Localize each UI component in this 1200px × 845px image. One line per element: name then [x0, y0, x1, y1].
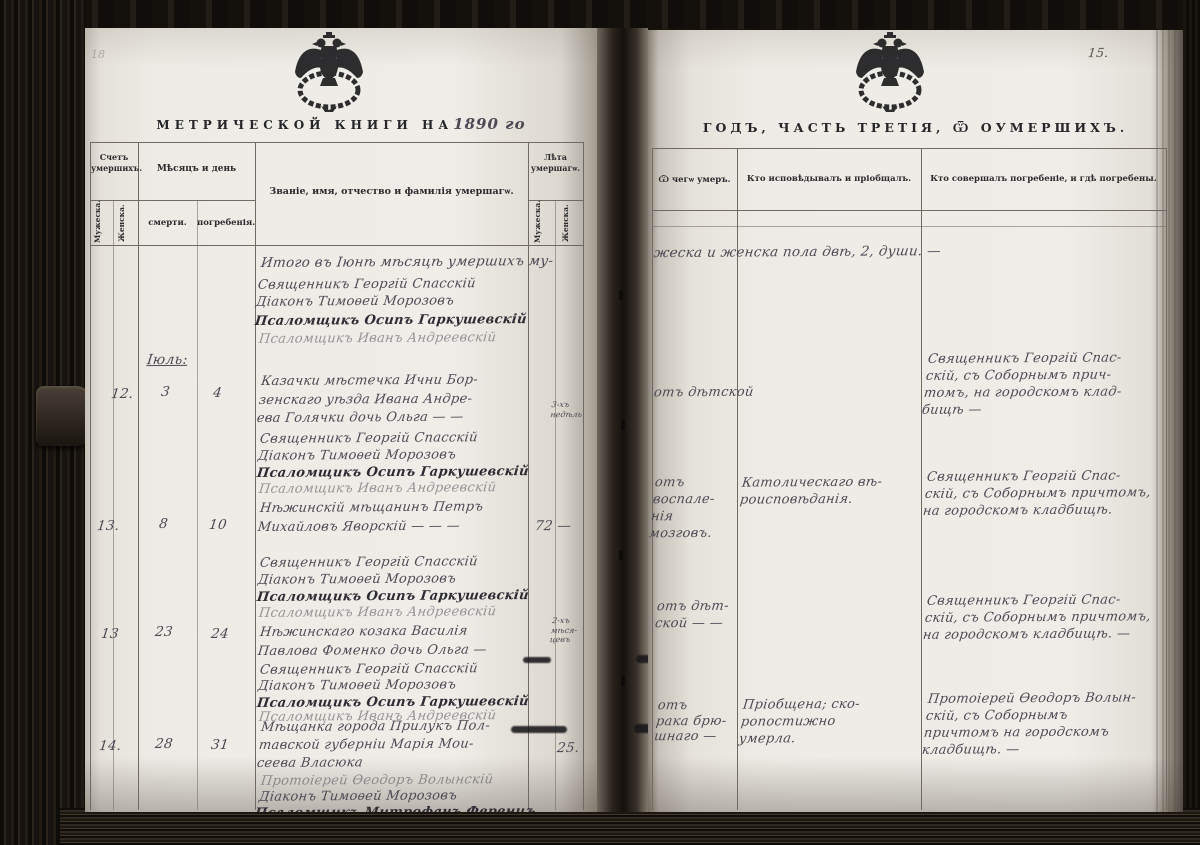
column-header-burial-day: погребенія. — [197, 218, 255, 228]
table-rule — [652, 148, 1166, 149]
column-header-age-male: Мужеска. — [533, 203, 542, 243]
ink-smear — [523, 657, 551, 663]
left-page-title: МЕТРИЧЕСКОЙ КНИГИ НА1890 го — [85, 116, 597, 133]
table-rule — [583, 142, 584, 810]
column-header-count-female: Женска. — [117, 203, 126, 243]
table-rule — [652, 226, 1166, 227]
june-summary-continuation: жеска и женска пола двѣ, 2, души. — — [653, 243, 975, 262]
entry-age-male: 72 — — [534, 518, 572, 535]
entry-number: 12. — [110, 386, 134, 403]
table-rule — [113, 200, 114, 810]
binding-stitch — [621, 676, 625, 686]
clergy-signature-psalmist2: Псаломщикъ Иванъ Андреевскій — [258, 329, 497, 348]
entry-death-day: 28 — [154, 736, 174, 753]
clergy-signature-psalmist2: Псаломщикъ Иванъ Андреевскій — [258, 603, 497, 622]
book-gutter — [597, 28, 648, 812]
book-page-stack-edge — [60, 808, 1200, 845]
imperial-eagle-stamp-icon — [293, 30, 365, 114]
imperial-eagle-stamp-icon — [854, 30, 926, 114]
table-rule — [90, 142, 583, 143]
right-page-title: ГОДЪ, ЧАСТЬ ТРЕТІЯ, Ѿ ОУМЕРШИХЪ. — [648, 120, 1183, 136]
june-summary-line: Итого въ Іюнѣ мѣсяцѣ умершихъ му- — [260, 253, 554, 272]
column-header-burial-officiant: Кто совершалъ погребеніе, и гдѣ погребен… — [921, 174, 1166, 184]
binding-stitch — [619, 550, 623, 560]
table-rule — [138, 142, 139, 810]
deceased-description: Нѣжинскій мѣщанинъ Петръ Михайловъ Яворс… — [257, 497, 557, 537]
burial-record: Протоіерей Ѳеодоръ Волын- скій, съ Собор… — [921, 689, 1171, 759]
left-page: 18 МЕТРИЧЕСКОЙ КНИГИ НА1890 го — [85, 28, 597, 812]
clergy-signatures: Священникъ Георгій Спасскій Діаконъ Тимо… — [257, 553, 479, 589]
column-header-age-female: Женска. — [561, 203, 570, 243]
column-header-confession: Кто исповѣдывалъ и пріобщалъ. — [737, 174, 921, 184]
month-heading-july: Іюль: — [146, 352, 189, 369]
footer-signature: Псаломщикъ Митрофанъ Ференцъ — [254, 803, 537, 812]
entry-death-day: 8 — [158, 516, 169, 533]
entry-age-female: 3-хъ недѣль — [550, 400, 584, 419]
column-header-count: Счетъ умершихъ. — [91, 152, 137, 174]
clergy-signature-psalmist2: Псаломщикъ Иванъ Андреевскій — [258, 479, 497, 498]
entry-burial-day: 31 — [210, 737, 230, 754]
burial-record: Священникъ Георгій Спас- скій, съ Соборн… — [922, 591, 1168, 644]
table-rule — [652, 148, 653, 810]
clergy-signatures: Священникъ Георгій Спасскій Діаконъ Тимо… — [255, 275, 477, 311]
left-page-title-year-handwritten: 1890 го — [453, 115, 525, 133]
clergy-signature-psalmist: Псаломщикъ Осипъ Гаркушевскій — [254, 311, 528, 330]
entry-burial-day: 24 — [210, 626, 230, 643]
confession-note: Пріобщена; ско- ропостижно умерла. — [738, 695, 924, 747]
deceased-description: Нѣжинскаго козака Василія Павлова Фоменк… — [257, 621, 557, 661]
book-spine-clasp — [36, 386, 92, 446]
confession-note: Католическаго вѣ- роисповѣданія. — [739, 473, 923, 508]
entry-age-female: 25. — [556, 740, 580, 757]
entry-number: 14. — [98, 738, 122, 755]
entry-death-day: 23 — [154, 624, 174, 641]
clergy-signatures: Священникъ Георгій Спасскій Діаконъ Тимо… — [257, 429, 479, 465]
deceased-description: Казачки мѣстечка Ични Бор- зенскаго уѣзд… — [256, 371, 558, 429]
book-edge-right — [1183, 0, 1200, 845]
clergy-signatures: Священникъ Георгій Спасскій Діаконъ Тимо… — [257, 661, 478, 695]
column-header-death-day: смерти. — [138, 218, 197, 228]
entry-number: 13. — [96, 518, 120, 535]
binding-stitch — [619, 290, 623, 300]
entry-number: 13 — [100, 626, 120, 643]
book-scan: 18 МЕТРИЧЕСКОЙ КНИГИ НА1890 го — [0, 0, 1200, 845]
left-page-title-printed: МЕТРИЧЕСКОЙ КНИГИ НА — [156, 118, 453, 132]
column-header-count-male: Мужеска. — [93, 203, 102, 243]
table-rule — [90, 142, 91, 810]
cause-of-death: отъ воспале- нія мозговъ. — [648, 474, 742, 543]
page-number: 15. — [1087, 44, 1110, 61]
binding-stitch — [621, 420, 625, 430]
cause-of-death: отъ рака брю- шнаго — — [653, 698, 740, 745]
right-page: 15. ГОДЪ, ЧАСТЬ ТРЕТІЯ, Ѿ ОУМЕРШИХЪ. — [648, 30, 1183, 812]
column-header-cause-of-death: Ѿ чегѡ умеръ. — [652, 174, 737, 185]
ink-smear — [511, 726, 567, 733]
burial-record: Священникъ Георгій Спас- скій, съ Соборн… — [921, 349, 1169, 419]
table-rule — [90, 245, 583, 246]
column-header-age: Лѣта умершагѡ. — [528, 152, 583, 174]
cause-of-death: отъ дѣт- ской — — — [654, 598, 738, 633]
table-rule — [652, 210, 1166, 211]
cause-of-death: отъ дѣтской — [653, 384, 765, 402]
entry-burial-day: 10 — [208, 517, 228, 534]
column-header-deceased-name: Званіе, имя, отчество и фамилія умершагѡ… — [255, 186, 528, 197]
book-edge-top — [0, 0, 1200, 29]
entry-burial-day: 4 — [212, 385, 223, 402]
entry-age-female: 2-хъ мѣся- цевъ — [549, 616, 578, 645]
table-rule — [90, 200, 255, 201]
entry-death-day: 3 — [160, 384, 171, 401]
table-rule — [197, 200, 198, 810]
column-header-month-day: Мѣсяцъ и день — [138, 164, 255, 174]
burial-record: Священникъ Георгій Спас- скій, съ Соборн… — [922, 467, 1168, 520]
corner-pencil-smudge: 18 — [91, 48, 105, 61]
